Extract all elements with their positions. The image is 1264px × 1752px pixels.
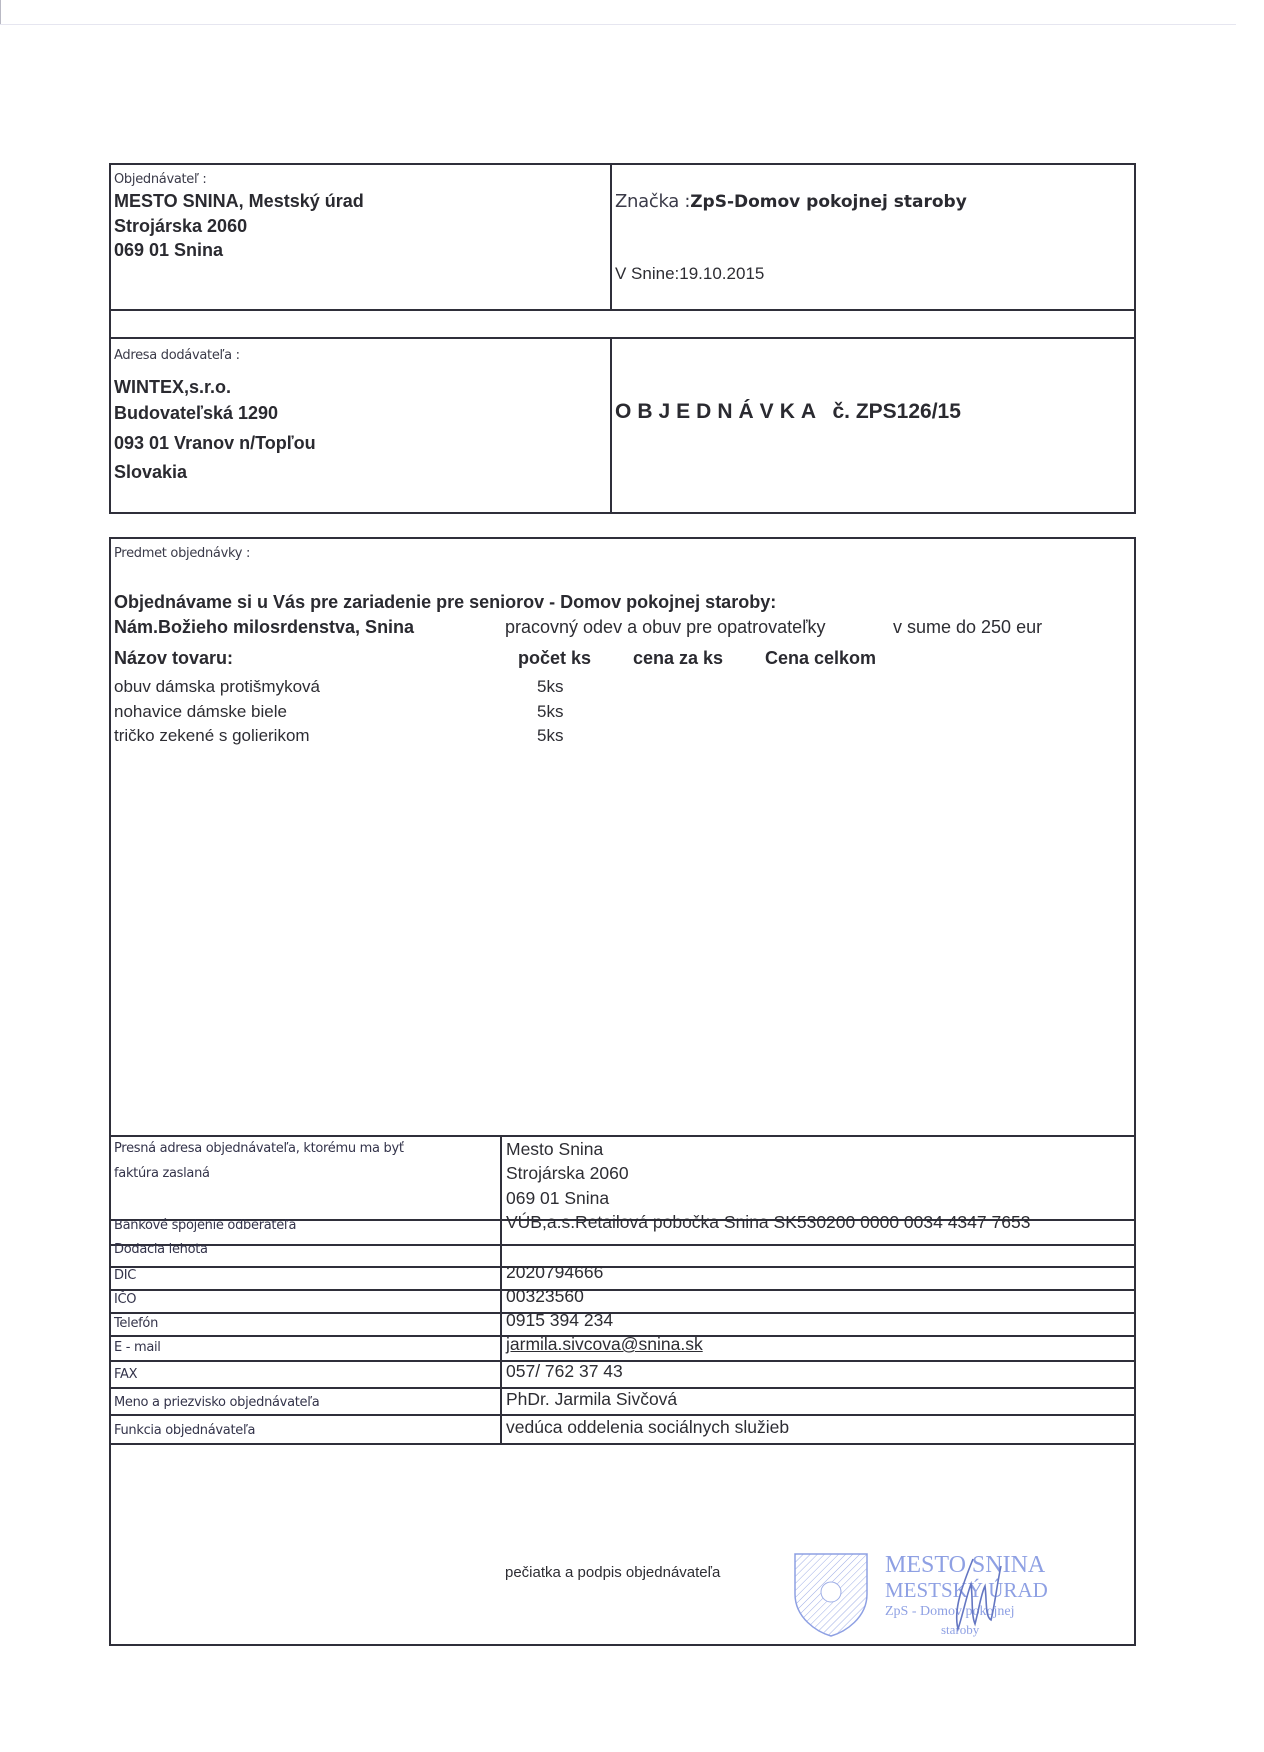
person-label: Meno a priezvisko objednávateľa xyxy=(114,1395,319,1410)
order-title: OBJEDNÁVKA č. ZPS126/15 xyxy=(615,400,961,424)
supplier-street: Budovateľská 1290 xyxy=(114,403,278,424)
invoice-address-line-2: Strojárska 2060 xyxy=(506,1163,629,1184)
column-name-header: Názov tovaru: xyxy=(114,648,233,669)
fax-label: FAX xyxy=(114,1367,137,1382)
column-qty-header: počet ks xyxy=(518,648,591,669)
row-separator xyxy=(109,1312,1136,1314)
bank-value: VÚB,a.s.Retailová pobočka Snina SK530200… xyxy=(506,1212,1030,1233)
row-separator xyxy=(109,1244,1136,1246)
item-qty: 5ks xyxy=(537,702,563,722)
row-separator xyxy=(109,1443,1136,1445)
header-divider-1 xyxy=(109,309,1136,311)
header-divider-2 xyxy=(109,337,1136,339)
column-unit-price-header: cena za ks xyxy=(633,648,723,669)
supplier-country: Slovakia xyxy=(114,462,187,483)
bank-label: Bankové spojenie odberateľa xyxy=(114,1218,296,1233)
email-label: E - mail xyxy=(114,1340,161,1355)
person-value: PhDr. Jarmila Sivčová xyxy=(506,1389,677,1410)
subject-location: Nám.Božieho milosrdenstva, Snina xyxy=(114,617,414,638)
row-separator xyxy=(109,1266,1136,1268)
orderer-label: Objednávateľ : xyxy=(114,172,207,187)
place-date: V Snine:19.10.2015 xyxy=(615,264,764,284)
supplier-city: 093 01 Vranov n/Topľou xyxy=(114,433,316,454)
coat-of-arms-icon xyxy=(793,1550,869,1638)
item-name: tričko zekené s golierikom xyxy=(114,726,310,746)
function-label: Funkcia objednávateľa xyxy=(114,1423,255,1438)
column-total-header: Cena celkom xyxy=(765,648,876,669)
row-separator xyxy=(109,1289,1136,1291)
scan-edge xyxy=(0,0,1236,25)
phone-value: 0915 394 234 xyxy=(506,1310,613,1331)
order-title-word: OBJEDNÁVKA xyxy=(615,400,822,423)
fax-value: 057/ 762 37 43 xyxy=(506,1361,623,1382)
subject-description: pracovný odev a obuv pre opatrovateľky xyxy=(505,617,825,638)
invoice-address-label-1: Presná adresa objednávateľa, ktorému ma … xyxy=(114,1141,404,1156)
supplier-label: Adresa dodávateľa : xyxy=(114,348,240,363)
official-stamp: MESTO SNINA MESTSKÝ ÚRAD ZpS - Domov pok… xyxy=(793,1550,1093,1640)
reference-label: Značka : xyxy=(615,191,690,212)
row-separator xyxy=(109,1414,1136,1416)
orderer-name: MESTO SNINA, Mestský úrad xyxy=(114,191,364,212)
invoice-address-label-2: faktúra zaslaná xyxy=(114,1166,210,1181)
item-qty: 5ks xyxy=(537,726,563,746)
subject-amount: v sume do 250 eur xyxy=(893,617,1042,638)
dic-label: DIČ xyxy=(114,1268,136,1283)
order-number: č. ZPS126/15 xyxy=(832,400,960,423)
function-value: vedúca oddelenia sociálnych služieb xyxy=(506,1417,789,1438)
invoice-address-line-3: 069 01 Snina xyxy=(506,1188,609,1209)
signature-label: pečiatka a podpis objednávateľa xyxy=(505,1564,720,1581)
email-link[interactable]: jarmila.sivcova@snina.sk xyxy=(506,1334,703,1355)
ico-label: IČO xyxy=(114,1292,136,1307)
item-name: nohavice dámske biele xyxy=(114,702,287,722)
ico-value: 00323560 xyxy=(506,1286,584,1307)
reference: Značka :ZpS-Domov pokojnej staroby xyxy=(615,191,967,212)
scan-edge-left xyxy=(0,0,1,24)
header-col-divider-bottom xyxy=(610,337,612,514)
reference-value: ZpS-Domov pokojnej staroby xyxy=(690,192,967,212)
item-name: obuv dámska protišmyková xyxy=(114,677,320,697)
header-col-divider-top xyxy=(610,163,612,311)
subject-label: Predmet objednávky : xyxy=(114,546,250,561)
invoice-address-line-1: Mesto Snina xyxy=(506,1139,603,1160)
handwritten-signature-icon xyxy=(933,1554,1013,1634)
item-qty: 5ks xyxy=(537,677,563,697)
delivery-label: Dodacia lehota xyxy=(114,1242,208,1257)
orderer-street: Strojárska 2060 xyxy=(114,216,247,237)
dic-value: 2020794666 xyxy=(506,1262,603,1283)
supplier-name: WINTEX,s.r.o. xyxy=(114,377,231,398)
orderer-city: 069 01 Snina xyxy=(114,240,223,261)
subject-intro: Objednávame si u Vás pre zariadenie pre … xyxy=(114,592,776,613)
phone-label: Telefón xyxy=(114,1316,158,1331)
